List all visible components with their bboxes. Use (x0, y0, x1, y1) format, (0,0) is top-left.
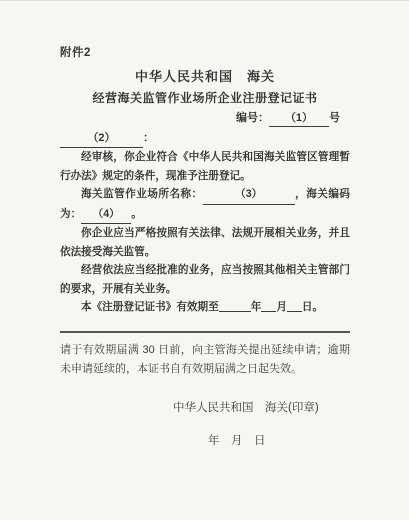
paragraph-site: 海关监管作业场所名称：（3），海关编码为：（4）。 (60, 185, 350, 224)
renewal-note: 请于有效期届满 30 日前，向主管海关提出延续申请；逾期未申请延续的，本证书自有… (60, 341, 350, 379)
certificate-number-line: 编号：（1）号 (60, 110, 350, 127)
title-certificate-name: 经营海关监管作业场所企业注册登记证书 (60, 90, 350, 106)
addressee-blank: （2） (60, 130, 143, 148)
validity-month-label: 月 (276, 301, 287, 313)
document-body: 附件2 中华人民共和国 海关 经营海关监管作业场所企业注册登记证书 编号：（1）… (0, 0, 409, 448)
paragraph-compliance: 你企业应当严格按照有关法律、法规开展相关业务，并且依法接受海关监管。 (60, 224, 350, 261)
paragraph-validity: 本《注册登记证书》有效期至年月日。 (60, 298, 350, 317)
number-blank: （1） (269, 110, 329, 127)
validity-month-blank (261, 299, 276, 312)
site-name-blank: （3） (203, 185, 295, 205)
divider-line (60, 331, 350, 333)
number-suffix: 号 (329, 112, 340, 124)
title-country-customs: 中华人民共和国 海关 (60, 69, 350, 85)
site-line-period: 。 (131, 208, 142, 220)
attachment-label: 附件2 (60, 46, 350, 60)
paragraph-other-business: 经营依法应当经批准的业务，应当按照其他相关主管部门的要求，开展有关业务。 (60, 261, 350, 298)
validity-period: 。 (313, 301, 324, 313)
certificate-page: 附件2 中华人民共和国 海关 经营海关监管作业场所企业注册登记证书 编号：（1）… (0, 0, 409, 520)
number-prefix: 编号： (236, 112, 269, 124)
site-name-prefix: 海关监管作业场所名称： (81, 188, 203, 200)
validity-day-blank (287, 299, 302, 312)
addressee-colon: ： (143, 132, 154, 144)
date-line: 年 月 日 (208, 434, 350, 448)
validity-prefix: 本《注册登记证书》有效期至 (81, 301, 219, 313)
customs-code-blank: （4） (81, 205, 131, 225)
validity-year-label: 年 (251, 301, 262, 313)
validity-year-blank (219, 299, 251, 312)
addressee-line: （2）： (60, 130, 350, 148)
seal-line: 中华人民共和国 海关(印章) (173, 401, 350, 415)
validity-day-label: 日 (302, 301, 313, 313)
paragraph-approval: 经审核，你企业符合《中华人民共和国海关监管区管理暂行办法》规定的条件，现准予注册… (60, 148, 350, 185)
